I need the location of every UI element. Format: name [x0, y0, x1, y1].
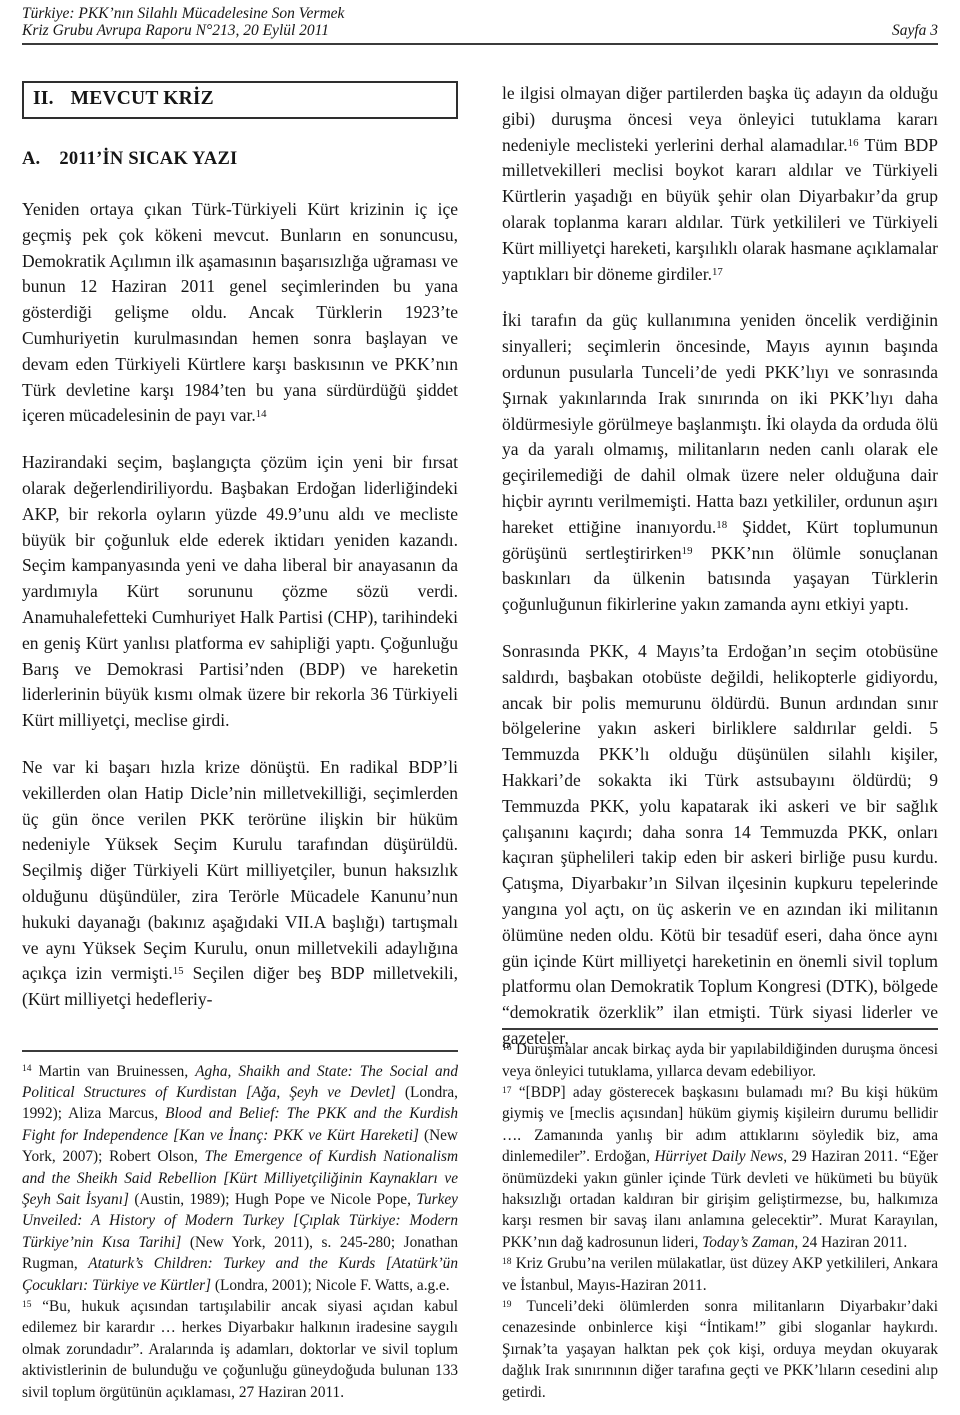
subsection-heading: A.2011’İN SICAK YAZI — [22, 149, 458, 170]
footnote: 19 Tunceli’deki ölümlerden sonra militan… — [502, 1296, 938, 1403]
footnote: 15 “Bu, hukuk açısından tartışılabilir a… — [22, 1296, 458, 1403]
footnote-block-right: 16 Duruşmalar ancak birkaç ayda bir yapı… — [502, 1028, 938, 1403]
footnote: 17 “[BDP] aday gösterecek başkasını bula… — [502, 1082, 938, 1253]
footnote: 18 Kriz Grubu’na verilen mülakatlar, üst… — [502, 1253, 938, 1296]
report-page: Türkiye: PKK’nın Silahlı Mücadelesine So… — [0, 0, 960, 1415]
right-column: le ilgisi olmayan diğer partilerden başk… — [502, 81, 938, 1411]
page-number: Sayfa 3 — [892, 22, 938, 39]
report-title: Türkiye: PKK’nın Silahlı Mücadelesine So… — [22, 5, 938, 22]
body-paragraph: Hazirandaki seçim, başlangıçta çözüm içi… — [22, 450, 458, 734]
footnote-block-left: 14 Martin van Bruinessen, Agha, Shaikh a… — [22, 1050, 458, 1404]
left-column: II.MEVCUT KRİZ A.2011’İN SICAK YAZI Yeni… — [22, 81, 458, 1411]
page-header: Türkiye: PKK’nın Silahlı Mücadelesine So… — [22, 0, 938, 45]
footnote: 14 Martin van Bruinessen, Agha, Shaikh a… — [22, 1061, 458, 1296]
body-paragraph: Yeniden ortaya çıkan Türk-Türkiyeli Kürt… — [22, 197, 458, 429]
section-heading-box: II.MEVCUT KRİZ — [22, 81, 458, 119]
body-paragraph: le ilgisi olmayan diğer partilerden başk… — [502, 81, 938, 287]
subsection-title: 2011’İN SICAK YAZI — [59, 149, 237, 169]
body-paragraph: Ne var ki başarı hızla krize dönüştü. En… — [22, 755, 458, 1013]
footnote: 16 Duruşmalar ancak birkaç ayda bir yapı… — [502, 1039, 938, 1082]
subsection-number: A. — [22, 149, 40, 170]
body-paragraph: İki tarafın da güç kullanımına yeniden ö… — [502, 308, 938, 618]
two-column-layout: II.MEVCUT KRİZ A.2011’İN SICAK YAZI Yeni… — [0, 45, 960, 1411]
section-number: II. — [33, 88, 54, 110]
report-subtitle: Kriz Grubu Avrupa Raporu N°213, 20 Eylül… — [22, 22, 329, 39]
section-title: MEVCUT KRİZ — [71, 88, 214, 109]
body-paragraph: Sonrasında PKK, 4 Mayıs’ta Erdoğan’ın se… — [502, 639, 938, 1052]
